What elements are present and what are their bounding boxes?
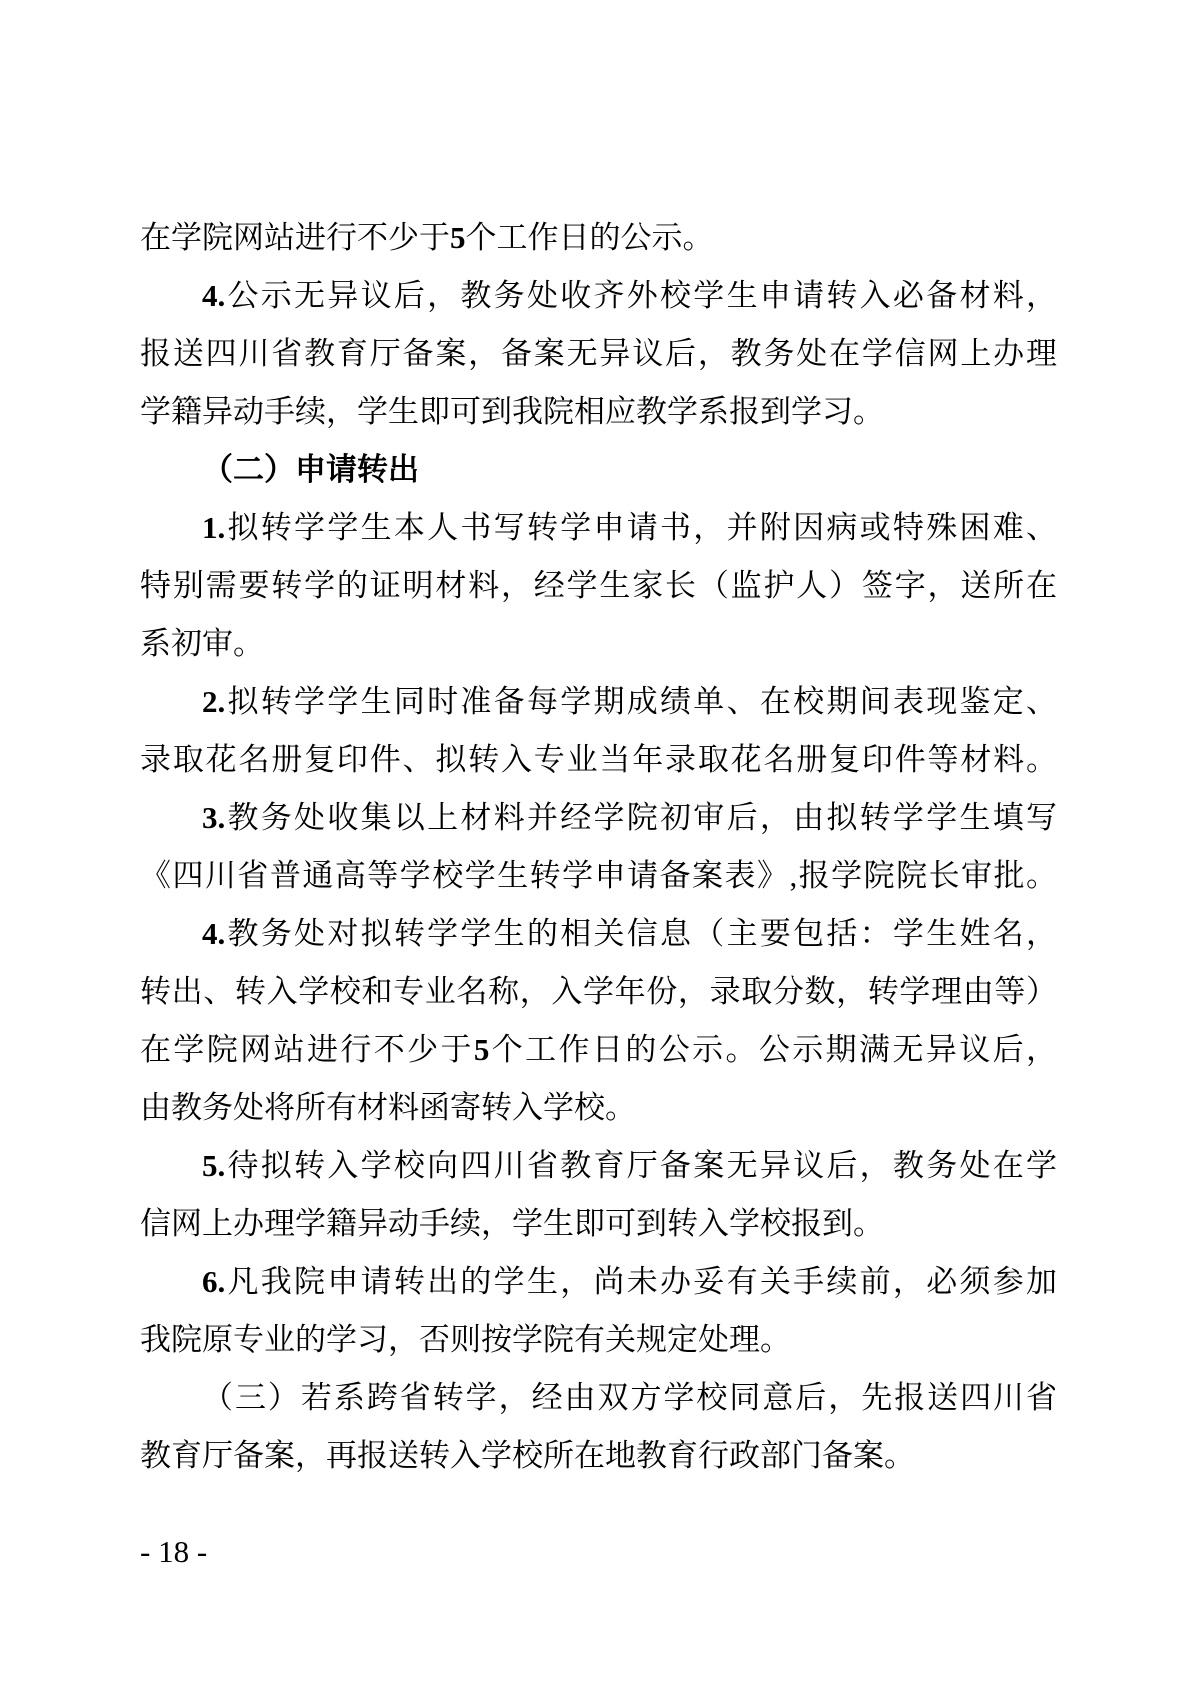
text-line: 《四川省普通高等学校学生转学申请备案表》,报学院院长审批。: [140, 847, 1057, 905]
text-line: 系初审。: [140, 615, 1057, 673]
text-line: 1.拟转学学生本人书写转学申请书，并附因病或特殊困难、: [140, 499, 1057, 557]
text-line: 在学院网站进行不少于5个工作日的公示。公示期满无异议后，: [140, 1021, 1057, 1079]
document-body: 在学院网站进行不少于5个工作日的公示。4.公示无异议后，教务处收齐外校学生申请转…: [140, 209, 1057, 1485]
text-line: 6.凡我院申请转出的学生，尚未办妥有关手续前，必须参加: [140, 1253, 1057, 1311]
text-line: 5.待拟转入学校向四川省教育厅备案无异议后，教务处在学: [140, 1137, 1057, 1195]
text-line: 录取花名册复印件、拟转入专业当年录取花名册复印件等材料。: [140, 731, 1057, 789]
text-line: （三）若系跨省转学，经由双方学校同意后，先报送四川省: [140, 1369, 1057, 1427]
paragraph: 在学院网站进行不少于5个工作日的公示。: [140, 209, 1057, 267]
paragraph: 6.凡我院申请转出的学生，尚未办妥有关手续前，必须参加我院原专业的学习，否则按学…: [140, 1253, 1057, 1369]
text-line: 转出、转入学校和专业名称，入学年份，录取分数，转学理由等）: [140, 963, 1057, 1021]
paragraph: 1.拟转学学生本人书写转学申请书，并附因病或特殊困难、特别需要转学的证明材料，经…: [140, 499, 1057, 673]
paragraph: 2.拟转学学生同时准备每学期成绩单、在校期间表现鉴定、录取花名册复印件、拟转入专…: [140, 673, 1057, 789]
section-heading: （二）申请转出: [140, 441, 1057, 499]
document-page: 在学院网站进行不少于5个工作日的公示。4.公示无异议后，教务处收齐外校学生申请转…: [0, 0, 1191, 1684]
paragraph: （三）若系跨省转学，经由双方学校同意后，先报送四川省教育厅备案，再报送转入学校所…: [140, 1369, 1057, 1485]
text-line: 教育厅备案，再报送转入学校所在地教育行政部门备案。: [140, 1427, 1057, 1485]
text-line: 2.拟转学学生同时准备每学期成绩单、在校期间表现鉴定、: [140, 673, 1057, 731]
text-line: 信网上办理学籍异动手续，学生即可到转入学校报到。: [140, 1195, 1057, 1253]
text-line: 由教务处将所有材料函寄转入学校。: [140, 1079, 1057, 1137]
text-line: 在学院网站进行不少于5个工作日的公示。: [140, 209, 1057, 267]
paragraph: 3.教务处收集以上材料并经学院初审后，由拟转学学生填写《四川省普通高等学校学生转…: [140, 789, 1057, 905]
text-line: 4.公示无异议后，教务处收齐外校学生申请转入必备材料，: [140, 267, 1057, 325]
text-line: 我院原专业的学习，否则按学院有关规定处理。: [140, 1311, 1057, 1369]
text-line: 4.教务处对拟转学学生的相关信息（主要包括：学生姓名，: [140, 905, 1057, 963]
paragraph: 4.教务处对拟转学学生的相关信息（主要包括：学生姓名，转出、转入学校和专业名称，…: [140, 905, 1057, 1137]
text-line: （二）申请转出: [140, 441, 1057, 499]
text-line: 特别需要转学的证明材料，经学生家长（监护人）签字，送所在: [140, 557, 1057, 615]
paragraph: 5.待拟转入学校向四川省教育厅备案无异议后，教务处在学信网上办理学籍异动手续，学…: [140, 1137, 1057, 1253]
text-line: 学籍异动手续，学生即可到我院相应教学系报到学习。: [140, 383, 1057, 441]
page-number: - 18 -: [140, 1532, 207, 1572]
text-line: 3.教务处收集以上材料并经学院初审后，由拟转学学生填写: [140, 789, 1057, 847]
text-line: 报送四川省教育厅备案，备案无异议后，教务处在学信网上办理: [140, 325, 1057, 383]
paragraph: 4.公示无异议后，教务处收齐外校学生申请转入必备材料，报送四川省教育厅备案，备案…: [140, 267, 1057, 441]
